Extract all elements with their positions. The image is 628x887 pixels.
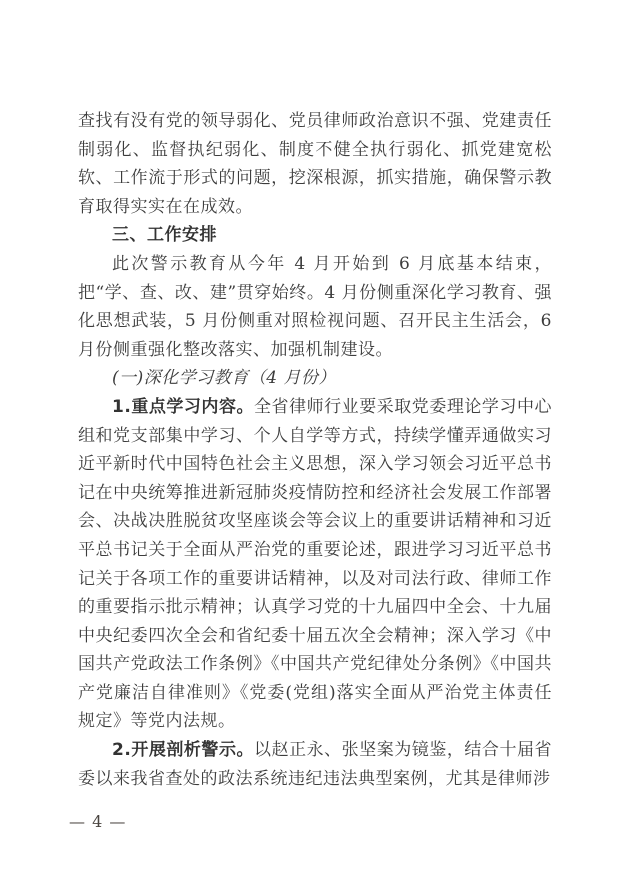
paragraph-warning-education-continuation: 查找有没有党的领导弱化、党员律师政治意识不强、党建责任制弱化、监督执纪弱化、制度… [78, 107, 552, 221]
item1-body-text: 全省律师行业要采取党委理论学习中心组和党支部集中学习、个人自学等方式，持续学懂弄… [78, 397, 552, 732]
item2-lead-label: 2.开展剖析警示。 [112, 740, 254, 760]
document-page: 查找有没有党的领导弱化、党员律师政治意识不强、党建责任制弱化、监督执纪弱化、制度… [0, 0, 628, 887]
subsection-heading-deepen-study: (一)深化学习教育（4 月份） [78, 364, 552, 393]
paragraph-analysis-warning: 2.开展剖析警示。以赵正永、张坚案为镜鉴，结合十届省委以来我省查处的政法系统违纪… [78, 736, 552, 793]
page-number: — 4 — [69, 812, 126, 831]
section-heading-work-arrangement: 三、工作安排 [78, 221, 552, 250]
paragraph-schedule-overview: 此次警示教育从今年 4 月开始到 6 月底基本结束，把“学、查、改、建”贯穿始终… [78, 250, 552, 364]
paragraph-key-study-content: 1.重点学习内容。全省律师行业要采取党委理论学习中心组和党支部集中学习、个人自学… [78, 393, 552, 736]
item1-lead-label: 1.重点学习内容。 [112, 397, 254, 417]
document-body: 查找有没有党的领导弱化、党员律师政治意识不强、党建责任制弱化、监督执纪弱化、制度… [78, 107, 552, 793]
